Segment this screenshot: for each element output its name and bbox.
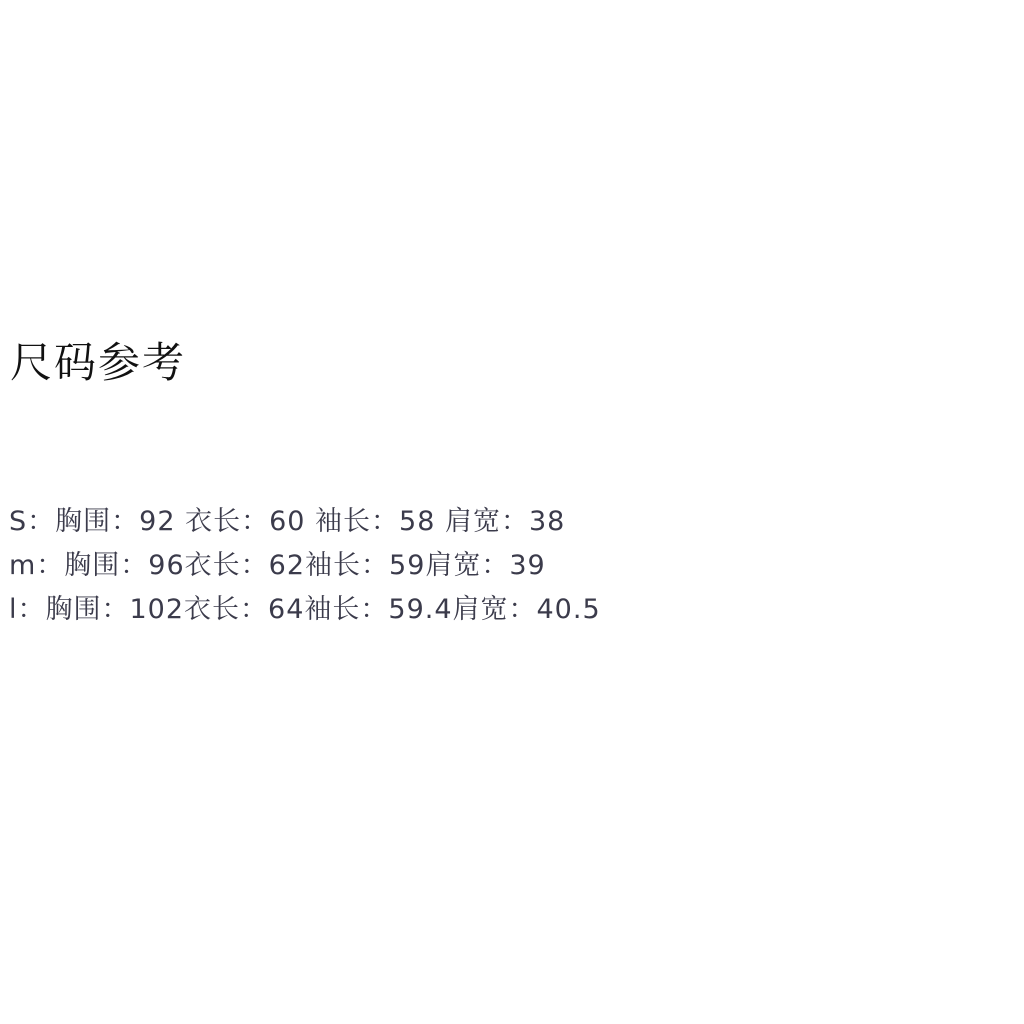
size-row-m: m：胸围：96衣长：62袖长：59肩宽：39 xyxy=(9,544,601,588)
size-row-l: l：胸围：102衣长：64袖长：59.4肩宽：40.5 xyxy=(9,588,601,632)
page-title: 尺码参考 xyxy=(10,337,186,389)
size-chart-list: S：胸围：92 衣长：60 袖长：58 肩宽：38 m：胸围：96衣长：62袖长… xyxy=(9,500,601,632)
size-row-s: S：胸围：92 衣长：60 袖长：58 肩宽：38 xyxy=(9,500,601,544)
